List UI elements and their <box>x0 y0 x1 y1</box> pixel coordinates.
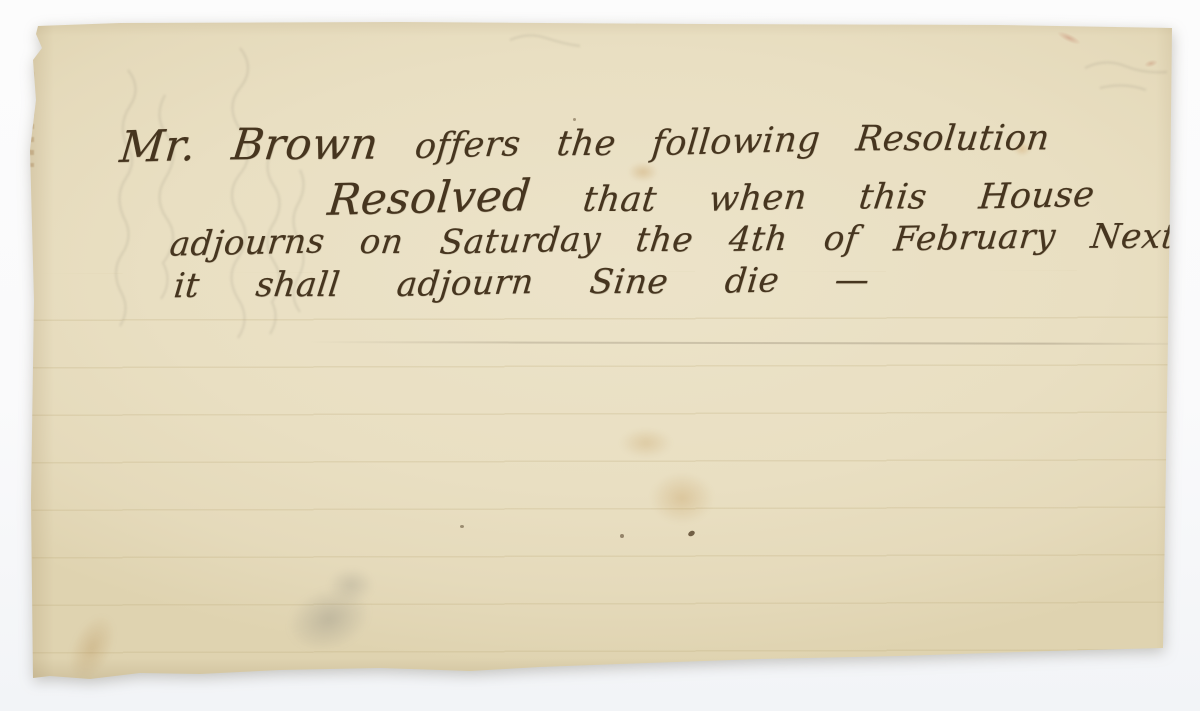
handwritten-word: Resolved <box>325 171 533 226</box>
manuscript-line-3: adjourns on Saturday the 4th of February… <box>170 216 1176 263</box>
manuscript-line-1: Mr. Brown offers the following Resolutio… <box>120 110 1051 173</box>
handwritten-word: on <box>358 222 406 262</box>
handwritten-word: — <box>833 260 872 300</box>
handwritten-word: House <box>977 175 1096 218</box>
handwritten-word: adjourns <box>168 221 327 264</box>
scan-background: Mr. Brown offers the following Resolutio… <box>0 0 1200 711</box>
handwritten-word: when <box>707 177 809 219</box>
handwritten-word: the <box>634 220 696 260</box>
ink-speck <box>620 534 624 538</box>
handwritten-word: following <box>650 120 822 165</box>
paper-edge-shading-top <box>28 20 1176 36</box>
ruled-lines <box>31 271 1168 674</box>
handwritten-word: shall <box>254 265 343 305</box>
handwritten-word: Sine <box>587 262 670 302</box>
handwritten-word: Brown <box>229 119 381 170</box>
handwritten-word: offers <box>413 124 522 167</box>
handwritten-word: adjourn <box>395 262 536 305</box>
paper-shadow: Mr. Brown offers the following Resolutio… <box>28 20 1176 682</box>
handwritten-word: the <box>554 124 617 164</box>
handwritten-word: 4th <box>727 219 790 260</box>
torn-edge-fibers <box>29 72 34 167</box>
edge-mark <box>1143 58 1158 68</box>
handwritten-word: of <box>821 219 860 259</box>
manuscript-paper: Mr. Brown offers the following Resolutio… <box>28 20 1176 682</box>
handwritten-word: Mr. <box>118 121 199 173</box>
handwritten-word: Resolution <box>854 118 1052 159</box>
ink-speck <box>460 525 464 528</box>
manuscript-line-4: it shall adjourn Sine die — <box>174 260 870 306</box>
edge-mark <box>1056 29 1083 47</box>
manuscript-line-2: Resolved that when this House <box>328 168 1094 225</box>
handwritten-word: that <box>580 180 658 220</box>
handwritten-word: Next <box>1089 217 1179 257</box>
handwritten-word: die <box>723 260 781 301</box>
handwritten-word: Saturday <box>438 219 603 262</box>
handwritten-word: this <box>856 177 929 217</box>
handwritten-word: it <box>172 266 202 307</box>
handwritten-word: February <box>892 216 1058 259</box>
